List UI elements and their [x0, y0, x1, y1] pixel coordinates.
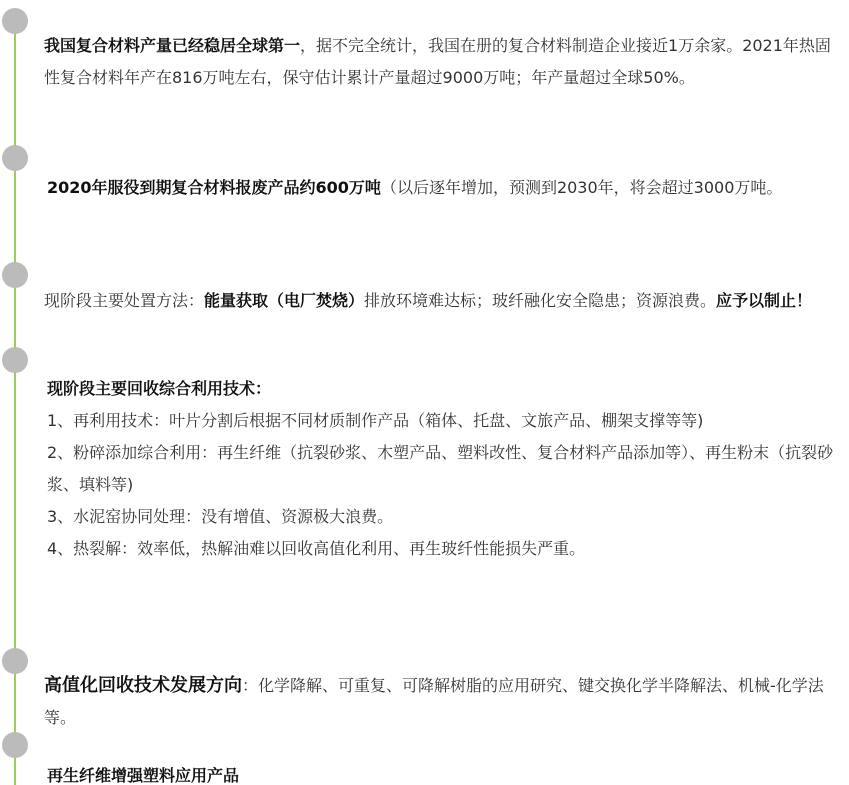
item-text: 排放环境难达标；玻纤融化安全隐患；资源浪费。 [364, 291, 716, 310]
list-item: 3、水泥窑协同处理：没有增值、资源极大浪费。 [47, 501, 847, 533]
item-heading: 现阶段主要回收综合利用技术： [47, 379, 271, 398]
timeline-dot [2, 648, 28, 674]
item-bold: 2020年服役到期复合材料报废产品约600万吨 [47, 178, 381, 197]
timeline-item-production: 我国复合材料产量已经稳居全球第一，据不完全统计，我国在册的复合材料制造企业接近1… [44, 30, 844, 94]
timeline-dot [2, 262, 28, 288]
timeline-dot [2, 732, 28, 758]
timeline-dot [2, 8, 28, 34]
list-item: 1、再利用技术：叶片分割后根据不同材质制作产品（箱体、托盘、文旅产品、棚架支撑等… [47, 405, 847, 437]
timeline-item-scrap: 2020年服役到期复合材料报废产品约600万吨（以后逐年增加，预测到2030年，… [47, 172, 827, 204]
list-item: 4、热裂解：效率低，热解油难以回收高值化利用、再生玻纤性能损失严重。 [47, 533, 847, 565]
timeline-item-direction: 高值化回收技术发展方向：化学降解、可重复、可降解树脂的应用研究、键交换化学半降解… [44, 670, 844, 734]
item-text: （以后逐年增加，预测到2030年，将会超过3000万吨。 [381, 178, 782, 197]
item-bold: 能量获取（电厂焚烧） [204, 291, 364, 310]
timeline-dot [2, 145, 28, 171]
timeline-item-disposal: 现阶段主要处置方法：能量获取（电厂焚烧）排放环境难达标；玻纤融化安全隐患；资源浪… [44, 285, 846, 317]
list-item: 2、粉碎添加综合利用：再生纤维（抗裂砂浆、木塑产品、塑料改性、复合材料产品添加等… [47, 437, 847, 501]
item-prefix: 现阶段主要处置方法： [44, 291, 204, 310]
item-bold: 高值化回收技术发展方向 [44, 675, 242, 696]
timeline-item-products: 再生纤维增强塑料应用产品 [47, 760, 847, 785]
item-bold-warning: 应予以制止！ [716, 291, 812, 310]
item-heading: 再生纤维增强塑料应用产品 [47, 766, 239, 785]
item-bold: 我国复合材料产量已经稳居全球第一 [44, 36, 300, 55]
timeline-item-recycling-tech: 现阶段主要回收综合利用技术： 1、再利用技术：叶片分割后根据不同材质制作产品（箱… [47, 373, 847, 565]
timeline-dot [2, 347, 28, 373]
